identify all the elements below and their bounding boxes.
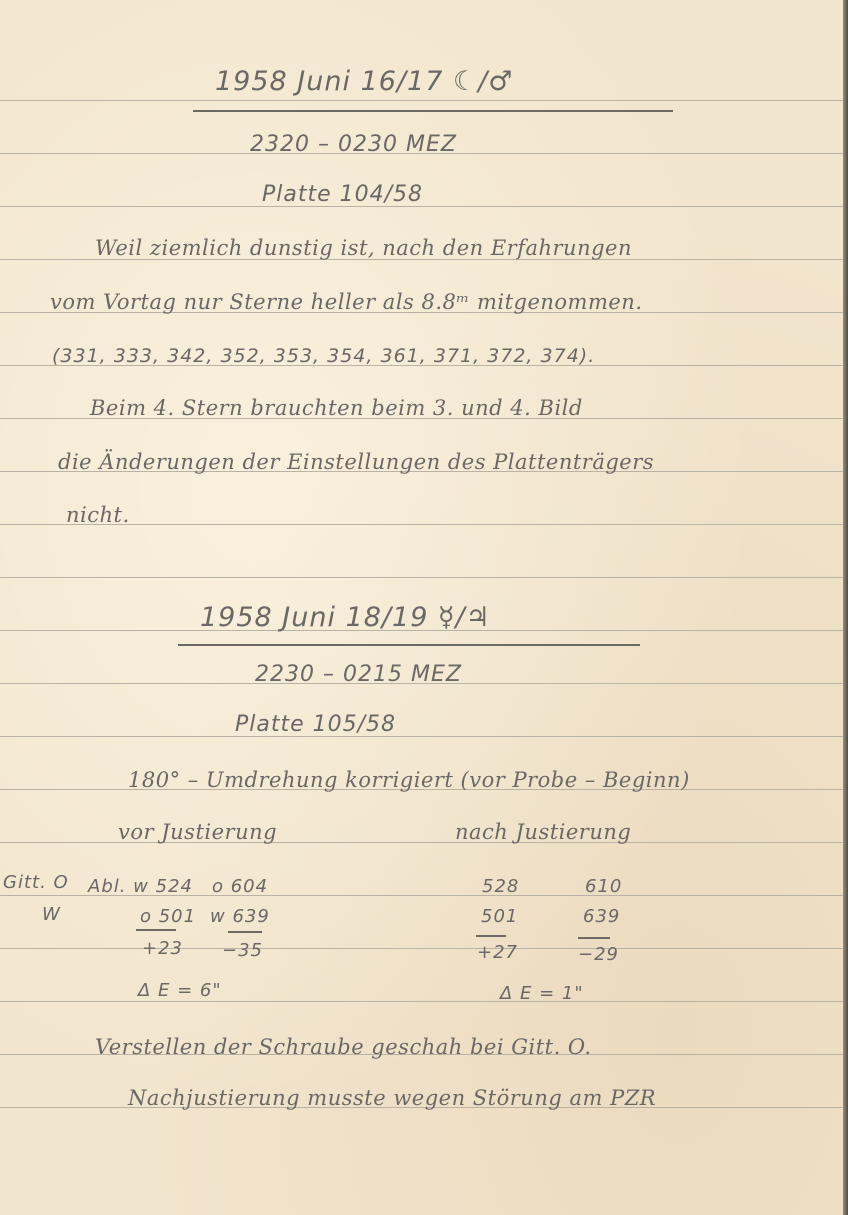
entry-1-heading: 1958 Juni 16/17 ☾/♂ — [215, 66, 513, 97]
after-delta: Δ E = 1" — [500, 983, 584, 1004]
entry-1-time: 2320 – 0230 MEZ — [250, 132, 457, 157]
entry-1-plate: Platte 104/58 — [262, 182, 423, 207]
before-diff-b: −35 — [222, 940, 263, 961]
entry-1-star-list: (331, 333, 342, 352, 353, 354, 361, 371,… — [52, 345, 595, 367]
entry-1-text-line: die Änderungen der Einstellungen des Pla… — [58, 450, 654, 474]
sum-line — [136, 929, 176, 931]
after-row1-a: 528 — [482, 876, 519, 897]
before-diff-a: +23 — [142, 938, 183, 959]
entry-2-time: 2230 – 0215 MEZ — [255, 662, 462, 687]
sum-line — [228, 931, 262, 933]
heading-underline — [193, 110, 673, 112]
entry-2-text-line: 180° – Umdrehung korrigiert (vor Probe –… — [128, 768, 690, 792]
ruled-line — [0, 577, 843, 578]
heading-underline — [178, 644, 640, 646]
ruled-line — [0, 736, 843, 737]
row-label-w: W — [42, 904, 61, 925]
entry-2-heading: 1958 Juni 18/19 ☿/♃ — [200, 602, 491, 633]
entry-1-text-line: Beim 4. Stern brauchten beim 3. und 4. B… — [90, 396, 583, 420]
ruled-line — [0, 948, 843, 949]
before-row2-b: w 639 — [210, 906, 270, 927]
before-delta: Δ E = 6" — [138, 980, 222, 1001]
entry-1-text-line: Weil ziemlich dunstig ist, nach den Erfa… — [95, 236, 632, 260]
after-row2-a: 501 — [481, 906, 518, 927]
entry-1-text-line: vom Vortag nur Sterne heller als 8.8ᵐ mi… — [50, 290, 643, 314]
entry-1-text-line: nicht. — [66, 503, 130, 527]
notebook-page: 1958 Juni 16/17 ☾/♂ 2320 – 0230 MEZ Plat… — [0, 0, 848, 1215]
after-row1-b: 610 — [585, 876, 622, 897]
row-label-o: Gitt. O — [3, 872, 69, 893]
ruled-line — [0, 100, 843, 101]
column-header-before: vor Justierung — [118, 820, 277, 844]
after-diff-a: +27 — [477, 942, 518, 963]
column-header-after: nach Justierung — [455, 820, 631, 844]
after-diff-b: −29 — [578, 944, 619, 965]
after-row2-b: 639 — [583, 906, 620, 927]
entry-2-closing-line: Verstellen der Schraube geschah bei Gitt… — [95, 1035, 592, 1059]
before-row1-a: Abl. w 524 — [88, 876, 193, 897]
sum-line — [578, 937, 610, 939]
ruled-line — [0, 1001, 843, 1002]
entry-2-closing-line: Nachjustierung musste wegen Störung am P… — [128, 1086, 656, 1110]
page-edge — [843, 0, 848, 1215]
before-row2-a: o 501 — [140, 906, 196, 927]
entry-2-plate: Platte 105/58 — [235, 712, 396, 737]
sum-line — [476, 935, 506, 937]
before-row1-b: o 604 — [212, 876, 268, 897]
